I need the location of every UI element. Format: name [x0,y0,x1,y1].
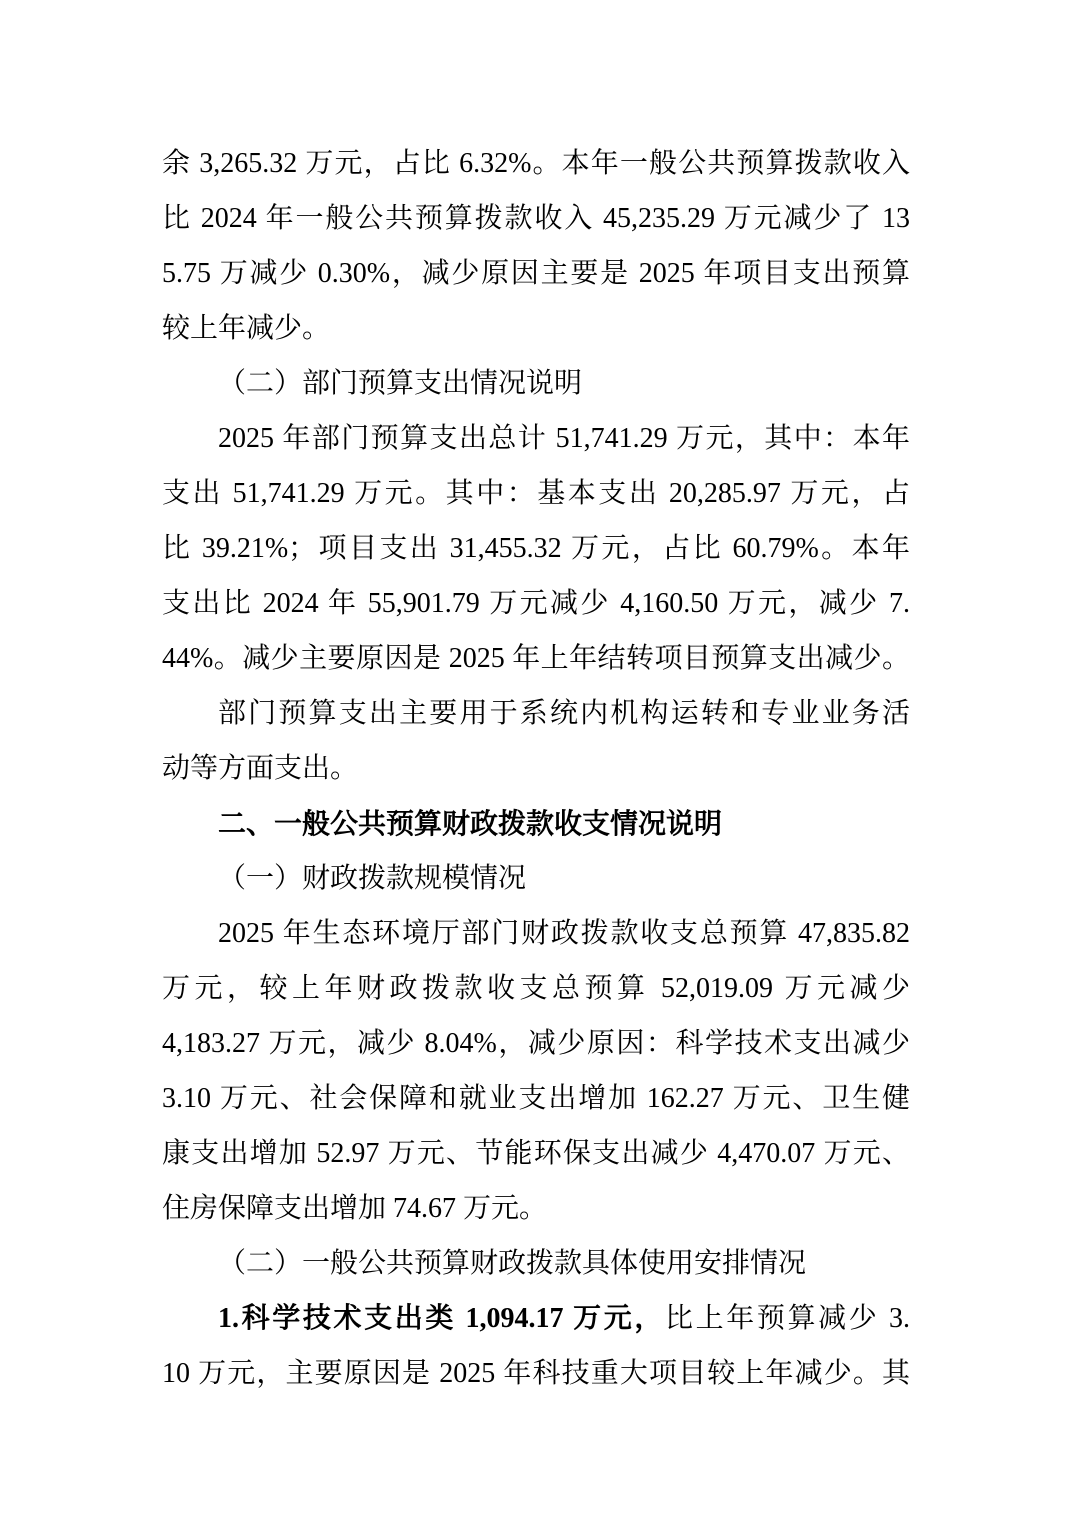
document-line: 1.科学技术支出类 1,094.17 万元，比上年预算减少 3. [162,1291,910,1346]
document-line: 康支出增加 52.97 万元、节能环保支出减少 4,470.07 万元、 [162,1126,910,1181]
document-line: 比 2024 年一般公共预算拨款收入 45,235.29 万元减少了 13 [162,191,910,246]
document-line: 支出比 2024 年 55,901.79 万元减少 4,160.50 万元，减少… [162,576,910,631]
document-line: 住房保障支出增加 74.67 万元。 [162,1181,910,1236]
document-line: 动等方面支出。 [162,741,910,796]
document-line: 4,183.27 万元，减少 8.04%，减少原因：科学技术支出减少 [162,1016,910,1071]
text-run: 比 39.21%；项目支出 31,455.32 万元，占比 60.79%。本年 [162,533,910,564]
document-line: 5.75 万减少 0.30%，减少原因主要是 2025 年项目支出预算 [162,246,910,301]
document-line: 10 万元，主要原因是 2025 年科技重大项目较上年减少。其 [162,1346,910,1401]
text-run: 比 2024 年一般公共预算拨款收入 45,235.29 万元减少了 13 [162,203,910,234]
document-line: （二）部门预算支出情况说明 [162,356,910,411]
document-line: （一）财政拨款规模情况 [162,851,910,906]
document-line: 较上年减少。 [162,301,910,356]
document-line: 2025 年部门预算支出总计 51,741.29 万元，其中：本年 [162,411,910,466]
text-run: 支出 51,741.29 万元。其中：基本支出 20,285.97 万元，占 [162,478,910,509]
text-run: 10 万元，主要原因是 2025 年科技重大项目较上年减少。其 [162,1358,910,1389]
text-run: 动等方面支出。 [162,753,358,784]
text-run: 2025 年生态环境厅部门财政拨款收支总预算 47,835.82 [218,918,910,949]
text-run: 比上年预算减少 3. [665,1303,910,1334]
text-run: 较上年减少。 [162,313,330,344]
document-line: 部门预算支出主要用于系统内机构运转和专业业务活 [162,686,910,741]
document-page: 余 3,265.32 万元，占比 6.32%。本年一般公共预算拨款收入比 202… [0,0,1074,1520]
text-run: 住房保障支出增加 74.67 万元。 [162,1193,547,1224]
text-run: 康支出增加 52.97 万元、节能环保支出减少 4,470.07 万元、 [162,1138,910,1169]
document-line: 3.10 万元、社会保障和就业支出增加 162.27 万元、卫生健 [162,1071,910,1126]
document-line: （二）一般公共预算财政拨款具体使用安排情况 [162,1236,910,1291]
text-run: 4,183.27 万元，减少 8.04%，减少原因：科学技术支出减少 [162,1028,910,1059]
document-line: 44%。减少主要原因是 2025 年上年结转项目预算支出减少。 [162,631,910,686]
text-run: 3.10 万元、社会保障和就业支出增加 162.27 万元、卫生健 [162,1083,910,1114]
text-run: （一）财政拨款规模情况 [218,863,526,894]
text-run: 万元，较上年财政拨款收支总预算 52,019.09 万元减少 [162,973,910,1004]
document-line: 比 39.21%；项目支出 31,455.32 万元，占比 60.79%。本年 [162,521,910,576]
document-line: 支出 51,741.29 万元。其中：基本支出 20,285.97 万元，占 [162,466,910,521]
text-run: （二）一般公共预算财政拨款具体使用安排情况 [218,1248,806,1279]
document-line: 2025 年生态环境厅部门财政拨款收支总预算 47,835.82 [162,906,910,961]
text-run: 2025 年部门预算支出总计 51,741.29 万元，其中：本年 [218,423,910,454]
text-run: 部门预算支出主要用于系统内机构运转和专业业务活 [218,698,910,729]
text-run: 44%。减少主要原因是 2025 年上年结转项目预算支出减少。 [162,643,910,674]
text-run: 余 3,265.32 万元，占比 6.32%。本年一般公共预算拨款收入 [162,148,910,179]
text-run: 5.75 万减少 0.30%，减少原因主要是 2025 年项目支出预算 [162,258,910,289]
section-heading: 二、一般公共预算财政拨款收支情况说明 [162,796,910,851]
document-line: 万元，较上年财政拨款收支总预算 52,019.09 万元减少 [162,961,910,1016]
document-body: 余 3,265.32 万元，占比 6.32%。本年一般公共预算拨款收入比 202… [0,0,1074,1401]
document-line: 余 3,265.32 万元，占比 6.32%。本年一般公共预算拨款收入 [162,136,910,191]
text-run: （二）部门预算支出情况说明 [218,368,582,399]
bold-text-run: 1.科学技术支出类 1,094.17 万元， [218,1303,665,1334]
text-run: 支出比 2024 年 55,901.79 万元减少 4,160.50 万元，减少… [162,588,910,619]
bold-text-run: 二、一般公共预算财政拨款收支情况说明 [218,808,722,839]
